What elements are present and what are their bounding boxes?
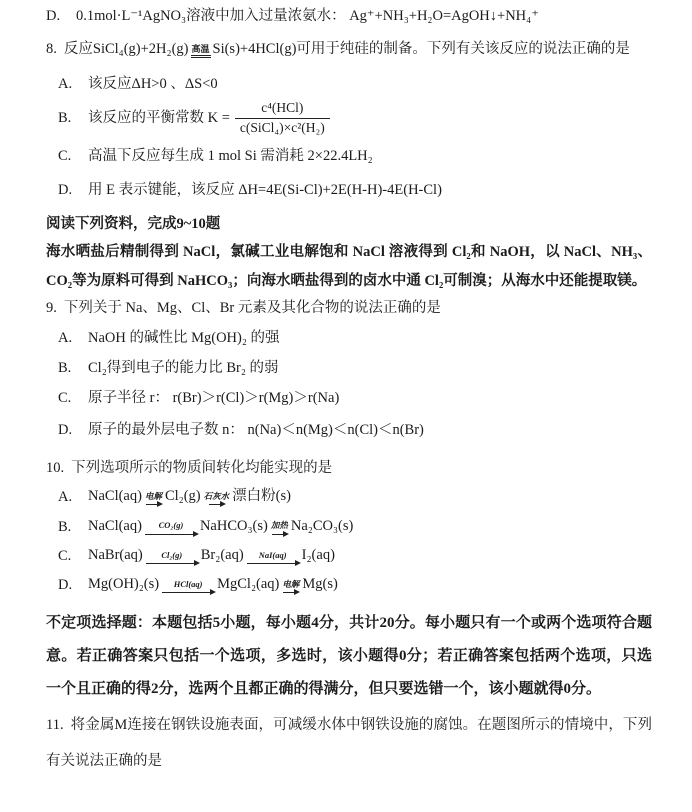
q9-option-a: A. NaOH 的碱性比 Mg(OH)₂ 的强 <box>58 328 652 348</box>
q10-option-a: A. NaCl(aq) 电解 Cl₂(g) 石灰水 漂白粉(s) <box>58 487 652 507</box>
q7-option-d: D. 0.1mol·L⁻¹AgNO₃溶液中加入过量浓氨水： Ag⁺+NH₃+H₂… <box>46 6 652 26</box>
arrow-line <box>146 504 161 505</box>
option-letter: A. <box>58 487 88 507</box>
question-11-stem: 11.将金属M连接在钢铁设施表面，可减缓水体中钢铁设施的腐蚀。在题图所示的情境中… <box>46 707 652 779</box>
arrow-condition-label: 电解 <box>145 492 162 501</box>
arrow-condition-label: Cl₂(g) <box>161 551 182 560</box>
question-number: 10. <box>46 460 64 476</box>
arrow-condition-label: NaI(aq) <box>259 551 287 560</box>
option-text: 原子半径 r： r(Br)＞r(Cl)＞r(Mg)＞r(Na) <box>88 388 339 408</box>
q10-option-b: B. NaCl(aq) CO₂(g) NaHCO₃(s) 加热 Na₂CO₃(s… <box>58 517 652 537</box>
species: Mg(s) <box>302 575 337 593</box>
species: Cl₂(g) <box>165 487 201 505</box>
q9-stem-text: 下列关于 Na、Mg、Cl、Br 元素及其化合物的说法正确的是 <box>64 300 441 316</box>
species: MgCl₂(aq) <box>217 575 279 593</box>
option-text: 用 E 表示键能，该反应 ΔH=4E(Si-Cl)+2E(H-H)-4E(H-C… <box>88 180 442 200</box>
option-letter: D. <box>46 6 76 26</box>
fraction-denominator: c(SiCl₄)×c²(H₂) <box>235 118 330 137</box>
conversion-chain: NaBr(aq) Cl₂(g) Br₂(aq) NaI(aq) I₂(aq) <box>88 546 335 564</box>
option-text: Cl₂得到电子的能力比 Br₂ 的弱 <box>88 358 279 378</box>
passage-body: 海水晒盐后精制得到 NaCl，氯碱工业电解饱和 NaCl 溶液得到 Cl₂和 N… <box>46 238 652 296</box>
conversion-chain: NaCl(aq) 电解 Cl₂(g) 石灰水 漂白粉(s) <box>88 487 291 505</box>
arrow-condition-label: 石灰水 <box>204 492 230 501</box>
species: Na₂CO₃(s) <box>291 517 353 535</box>
option-letter: D. <box>58 180 88 200</box>
q9-option-b: B. Cl₂得到电子的能力比 Br₂ 的弱 <box>58 358 652 378</box>
arrow-line <box>145 534 197 535</box>
arrow-line <box>272 534 287 535</box>
arrow-line <box>162 592 214 593</box>
option-text: 该反应的平衡常数 K = <box>88 108 230 128</box>
species: Mg(OH)₂(s) <box>88 575 159 593</box>
option-letter: C. <box>58 546 88 566</box>
q10-stem-text: 下列选项所示的物质间转化均能实现的是 <box>71 460 332 476</box>
labeled-arrow: 电解 <box>145 492 162 505</box>
question-number: 11. <box>46 717 64 733</box>
labeled-arrow: Cl₂(g) <box>146 551 198 564</box>
q10-option-c: C. NaBr(aq) Cl₂(g) Br₂(aq) NaI(aq) I₂(aq… <box>58 546 652 566</box>
arrow-condition-label: 电解 <box>282 580 299 589</box>
labeled-arrow: NaI(aq) <box>247 551 299 564</box>
option-letter: B. <box>58 358 88 378</box>
species: 漂白粉(s) <box>232 487 291 505</box>
question-number: 8. <box>46 41 57 57</box>
option-letter: D. <box>58 575 88 595</box>
labeled-arrow: 石灰水 <box>204 492 230 505</box>
arrow-condition-label: 加热 <box>271 521 288 530</box>
equilibrium-constant-fraction: c⁴(HCl) c(SiCl₄)×c²(H₂) <box>235 100 330 137</box>
q9-option-d: D. 原子的最外层电子数 n： n(Na)＜n(Mg)＜n(Cl)＜n(Br) <box>58 420 652 440</box>
reaction-condition-label: 高温 <box>191 44 211 57</box>
option-text: 该反应ΔH>0 、ΔS<0 <box>88 74 218 94</box>
q8-option-c: C. 高温下反应每生成 1 mol Si 需消耗 2×22.4LH₂ <box>58 146 652 166</box>
labeled-arrow: 加热 <box>271 521 288 534</box>
question-number: 9. <box>46 300 57 316</box>
q10-option-d: D. Mg(OH)₂(s) HCl(aq) MgCl₂(aq) 电解 Mg(s) <box>58 575 652 595</box>
arrow-line <box>283 592 298 593</box>
option-letter: B. <box>58 108 88 128</box>
labeled-arrow: HCl(aq) <box>162 580 214 593</box>
option-text: 原子的最外层电子数 n： n(Na)＜n(Mg)＜n(Cl)＜n(Br) <box>88 420 424 440</box>
species: Br₂(aq) <box>201 546 244 564</box>
q9-option-c: C. 原子半径 r： r(Br)＞r(Cl)＞r(Mg)＞r(Na) <box>58 388 652 408</box>
species: I₂(aq) <box>302 546 335 564</box>
species: NaCl(aq) <box>88 517 142 535</box>
option-text: 高温下反应每生成 1 mol Si 需消耗 2×22.4LH₂ <box>88 146 373 166</box>
species: NaCl(aq) <box>88 487 142 505</box>
option-letter: A. <box>58 74 88 94</box>
arrow-line <box>247 563 299 564</box>
fraction-numerator: c⁴(HCl) <box>256 100 308 118</box>
arrow-line <box>209 504 224 505</box>
q8-option-d: D. 用 E 表示键能，该反应 ΔH=4E(Si-Cl)+2E(H-H)-4E(… <box>58 180 652 200</box>
q8-stem-post: Si(s)+4HCl(g)可用于纯硅的制备。下列有关该反应的说法正确的是 <box>213 41 630 57</box>
labeled-arrow: 电解 <box>282 580 299 593</box>
arrow-condition-label: HCl(aq) <box>174 580 203 589</box>
q8-stem-pre: 反应SiCl₄(g)+2H₂(g) <box>64 41 189 57</box>
labeled-arrow: CO₂(g) <box>145 521 197 534</box>
arrow-line <box>146 563 198 564</box>
option-letter: C. <box>58 388 88 408</box>
section-instructions: 不定项选择题：本题包括5小题，每小题4分，共计20分。每小题只有一个或两个选项符… <box>46 607 652 706</box>
conversion-chain: NaCl(aq) CO₂(g) NaHCO₃(s) 加热 Na₂CO₃(s) <box>88 517 353 535</box>
species: NaHCO₃(s) <box>200 517 268 535</box>
question-8-stem: 8.反应SiCl₄(g)+2H₂(g)高温Si(s)+4HCl(g)可用于纯硅的… <box>46 39 652 59</box>
option-letter: A. <box>58 328 88 348</box>
q8-option-a: A. 该反应ΔH>0 、ΔS<0 <box>58 74 652 94</box>
conversion-chain: Mg(OH)₂(s) HCl(aq) MgCl₂(aq) 电解 Mg(s) <box>88 575 338 593</box>
option-letter: B. <box>58 517 88 537</box>
exam-page: D. 0.1mol·L⁻¹AgNO₃溶液中加入过量浓氨水： Ag⁺+NH₃+H₂… <box>0 0 692 779</box>
option-text: 0.1mol·L⁻¹AgNO₃溶液中加入过量浓氨水： Ag⁺+NH₃+H₂O=A… <box>76 6 539 26</box>
q8-option-b: B. 该反应的平衡常数 K = c⁴(HCl) c(SiCl₄)×c²(H₂) <box>58 100 652 137</box>
question-10-stem: 10.下列选项所示的物质间转化均能实现的是 <box>46 458 652 478</box>
option-text: NaOH 的碱性比 Mg(OH)₂ 的强 <box>88 328 280 348</box>
passage-title: 阅读下列资料，完成9~10题 <box>46 214 652 234</box>
question-9-stem: 9.下列关于 Na、Mg、Cl、Br 元素及其化合物的说法正确的是 <box>46 298 652 318</box>
species: NaBr(aq) <box>88 546 143 564</box>
option-letter: C. <box>58 146 88 166</box>
q11-stem-text: 将金属M连接在钢铁设施表面，可减缓水体中钢铁设施的腐蚀。在题图所示的情境中，下列… <box>46 717 652 769</box>
arrow-condition-label: CO₂(g) <box>159 521 184 530</box>
option-letter: D. <box>58 420 88 440</box>
